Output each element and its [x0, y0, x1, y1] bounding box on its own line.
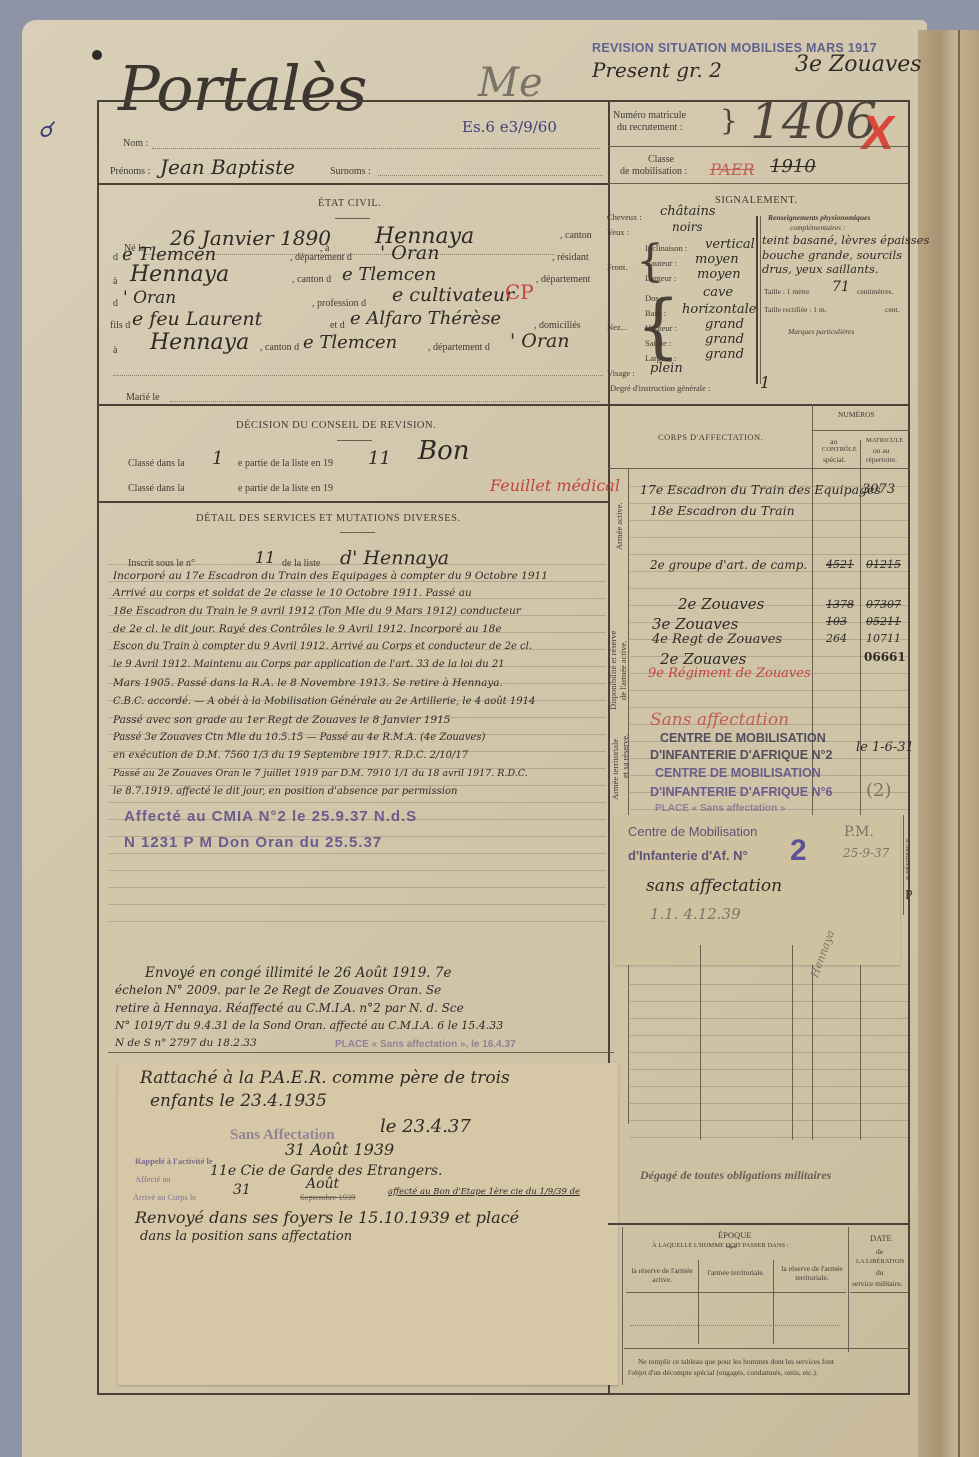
affectation-matricule: 10711 — [866, 632, 901, 645]
regiment-annotation: 3e Zouaves — [795, 52, 922, 77]
card-date: 1.1. 4.12.39 — [650, 905, 741, 923]
surnoms-label: Surnoms : — [330, 166, 371, 177]
prenoms-label: Prénoms : — [110, 166, 150, 177]
services-line: Mars 1905. Passé dans la R.A. le 8 Novem… — [113, 677, 503, 689]
epoque-col-reserve-territoriale: la réserve de l'armée territoriale. — [778, 1264, 846, 1282]
classe-value: 1910 — [770, 156, 816, 177]
renvoi-line: Envoyé en congé illimité le 26 Août 1919… — [145, 965, 451, 981]
cheveux-value: châtains — [660, 204, 716, 219]
dos-value: cave — [703, 285, 733, 300]
canton-domicile: e Tlemcen — [303, 332, 397, 353]
affectation-corps: 18e Escadron du Train — [650, 503, 795, 518]
services-line: le 9 Avril 1912. Maintenu au Corps par a… — [113, 659, 505, 670]
affectation-matricule: 06661 — [864, 650, 906, 664]
classe-annee-value: 11 — [368, 448, 391, 469]
affectation-matricule: 07307 — [866, 598, 901, 611]
classe-label: Classe — [648, 154, 674, 165]
affectation-corps: 4e Regt de Zouaves — [652, 632, 782, 647]
affectation-corps: 2e groupe d'art. de camp. — [650, 558, 807, 572]
card-sans-affectation: sans affectation — [646, 876, 782, 896]
epoque-footnote-2: l'objet d'un décompte spécial (engagés, … — [628, 1368, 818, 1377]
services-line: Passé avec son grade au 1er Regt de Zoua… — [113, 714, 450, 726]
affecte-cmia-stamp: Affecté au CMIA N°2 le 25.9.37 N.d.S — [124, 808, 417, 825]
degre-instruction-value: 1 — [760, 373, 770, 392]
signalement-title: SIGNALEMENT. — [715, 195, 798, 206]
corps-affectation-header: CORPS D'AFFECTATION. — [658, 432, 763, 442]
cmia6-stamp-line-1: CENTRE DE MOBILISATION — [655, 766, 821, 780]
cmia2-date: le 1-6-31 — [856, 740, 914, 755]
place-sans-affectation-stamp: PLACE « Sans affectation », le 16.4.37 — [335, 1039, 516, 1050]
departement-domicile: ' Oran — [510, 330, 570, 352]
classe-partie-value: 1 — [212, 448, 223, 469]
spine-edge — [958, 30, 960, 1457]
services-line: 18e Escadron du Train le 9 avril 1912 (T… — [113, 605, 521, 617]
affectation-matricule: 05211 — [866, 615, 901, 628]
conseil-revision-title: DÉCISION DU CONSEIL DE REVISION. — [236, 420, 436, 431]
affectation-controle: 4521 — [826, 558, 854, 571]
front-hauteur-value: moyen — [695, 252, 739, 267]
card-line-2: d'Infanterie d'Af. N° — [628, 848, 748, 863]
profession-red-mark: CP — [505, 280, 534, 304]
affectation-controle: 1378 — [826, 598, 854, 611]
residence-p: P — [905, 888, 913, 904]
affectation-corps: 3e Zouaves — [652, 615, 738, 633]
renvoi-line: retire à Hennaya. Réaffecté au C.M.I.A. … — [115, 1001, 464, 1015]
card-line-1: Centre de Mobilisation — [628, 824, 757, 839]
degage-stamp: Dégagé de toutes obligations militaires — [640, 1168, 831, 1183]
renvoye-line-1: Renvoyé dans ses foyers le 15.10.1939 et… — [135, 1208, 519, 1227]
canton-residence: e Tlemcen — [342, 264, 436, 285]
services-line: Arrivé au corps et soldat de 2e classe l… — [113, 587, 472, 599]
affectation-matricule: 01215 — [866, 558, 901, 571]
yeux-value: noirs — [672, 220, 703, 234]
margin-symbol: ☌ — [38, 118, 53, 143]
renvoi-line: N° 1019/T du 9.4.31 de la Sond Oran. aff… — [115, 1019, 503, 1032]
affectation-corps: 9e Régiment de Zouaves — [648, 666, 811, 681]
nez-largeur-value: grand — [705, 347, 744, 362]
arrive-extra: affecté au Bon d'Etape 1ère cie du 1/9/3… — [388, 1187, 580, 1197]
residence-header: R RÉSIDENCE. — [905, 837, 912, 880]
renseignements-line-1: teint basané, lèvres épaisses — [762, 233, 929, 247]
marie-label: Marié le — [126, 392, 160, 403]
residence: Hennaya — [130, 262, 229, 287]
renvoi-line: échelon N° 2009. par le 2e Regt de Zouav… — [115, 983, 441, 997]
visage-value: plein — [650, 361, 683, 376]
epoque-header: ÉPOQUE — [718, 1230, 752, 1240]
base-value: horizontale — [682, 302, 756, 317]
services-line: Passé au 2e Zouaves Oran le 7 juillet 19… — [113, 768, 528, 779]
services-line: Incorporé au 17e Escadron du Train des E… — [113, 570, 548, 582]
epoque-col-territoriale: l'armée territoriale. — [703, 1268, 769, 1277]
section-disponibilite: Disponibilité et réserve — [608, 631, 618, 710]
services-line: Escon du Train à compter du 9 Avril 1912… — [113, 641, 532, 652]
nom-label: Nom : — [123, 138, 148, 149]
saillie-value: grand — [705, 332, 744, 347]
place-stamp-affectation: PLACE « Sans affectation » — [655, 803, 786, 814]
card-pm-date: 25-9-37 — [843, 846, 889, 860]
prenoms-value: Jean Baptiste — [160, 155, 295, 179]
date-liberation-header: DATE — [870, 1233, 892, 1243]
affectation-corps: 2e Zouaves — [678, 595, 764, 613]
epoque-footnote-1: Ne remplir ce tableau que pour les homme… — [638, 1357, 834, 1366]
liste-value: d' Hennaya — [340, 547, 449, 569]
services-line: Passé 3e Zouaves Ctn Mle du 10.5.15 — Pa… — [113, 732, 485, 743]
decision-value: Bon — [418, 436, 470, 466]
cmia2-stamp-line-2: D'INFANTERIE D'AFRIQUE N°2 — [650, 748, 832, 762]
punch-hole — [92, 50, 102, 60]
sans-affectation-date: le 23.4.37 — [380, 1116, 471, 1137]
cmia6-stamp-line-2: D'INFANTERIE D'AFRIQUE N°6 — [650, 785, 832, 799]
renseignements-line-3: drus, yeux saillants. — [762, 262, 879, 276]
classe-struck-value: PAER — [710, 160, 755, 179]
rappele-value: 31 Août 1939 — [285, 1140, 394, 1159]
matricule-number: 1406 — [750, 92, 877, 150]
pere: e feu Laurent — [132, 308, 262, 330]
section-armee-active: Armée active. — [614, 502, 624, 550]
etat-civil-title: ÉTAT CIVIL. — [318, 198, 381, 209]
numero-matricule-label: Numéro matricule — [613, 110, 686, 121]
services-line: en exécution de D.M. 7560 1/3 du 19 Sept… — [113, 750, 468, 761]
renvoye-line-2: dans la position sans affectation — [140, 1229, 352, 1244]
present-annotation: Present gr. 2 — [592, 58, 722, 82]
renseignements-line-2: bouche grande, sourcils — [762, 248, 902, 262]
services-title: DÉTAIL DES SERVICES ET MUTATIONS DIVERSE… — [196, 513, 461, 524]
domicile: Hennaya — [150, 330, 249, 355]
profession: e cultivateur — [392, 284, 514, 306]
affectation-matricule: 3073 — [862, 482, 895, 497]
pm-don-oran-stamp: N 1231 P M Don Oran du 25.5.37 — [124, 834, 382, 851]
rattache-line-2: enfants le 23.4.1935 — [150, 1091, 327, 1111]
arrive-month: Août — [306, 1176, 339, 1192]
services-line: le 8.7.1919. affecté le dit jour, en pos… — [113, 786, 457, 797]
rattache-line-1: Rattaché à la P.A.E.R. comme père de tro… — [140, 1068, 510, 1088]
epoque-col-reserve: la réserve de l'armée active. — [628, 1266, 696, 1284]
card-pm: P.M. — [844, 824, 874, 840]
section-territoriale: Armée territoriale — [610, 739, 620, 800]
services-line: de 2e cl. le dit jour. Rayé des Contrôle… — [113, 623, 502, 635]
arrive-day: 31 — [233, 1182, 251, 1198]
inscrit-numero: 11 — [255, 548, 275, 567]
territoriale-sans-affectation: Sans affectation — [650, 710, 789, 730]
departement-residence: ' Oran — [123, 288, 176, 308]
front-largeur-value: moyen — [697, 267, 741, 282]
cmia6-note: (2) — [866, 780, 892, 801]
taille-value: 71 — [832, 279, 850, 295]
numero-matricule-label-2: du recrutement : — [617, 122, 683, 133]
affectation-corps: 17e Escadron du Train des Equipages — [640, 482, 881, 497]
mere: e Alfaro Thérèse — [350, 308, 501, 329]
card-number: 2 — [790, 834, 807, 868]
inclinaison-value: vertical — [705, 237, 755, 252]
affectation-controle: 103 — [826, 615, 847, 628]
classe-label-2: de mobilisation : — [620, 166, 687, 177]
departement-naissance: ' Oran — [380, 242, 440, 264]
renvoi-line: N de S n° 2797 du 18.2.33 — [115, 1037, 257, 1049]
feuillet-medical-note: Feuillet médical — [490, 476, 620, 495]
nez-hauteur-value: grand — [705, 317, 744, 332]
affectation-controle: 264 — [826, 632, 847, 645]
services-line: C.B.C. accordé. — A obéi à la Mobilisati… — [113, 696, 535, 707]
numeros-header: NUMÉROS — [838, 410, 875, 419]
cmia2-stamp-line-1: CENTRE DE MOBILISATION — [660, 731, 826, 745]
